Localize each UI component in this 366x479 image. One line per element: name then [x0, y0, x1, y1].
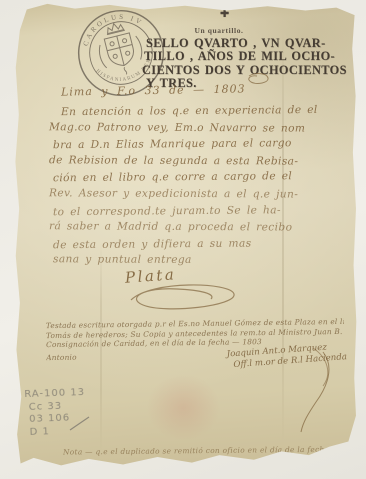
manuscript-body-line: rá saber a Madrid q.a proceda el recibo [49, 218, 337, 236]
signature-plata: Plata [124, 265, 176, 287]
manuscript-body-line: sana y puntual entrega [49, 252, 337, 270]
manuscript-date-line: Lima y F.o 33 de — 1803 [61, 82, 246, 98]
cross-mark: ✚ [220, 7, 229, 20]
paper-sheet: ✚ Un quartillo. CAROLUS IV HISPANIARUM R… [13, 2, 357, 472]
printed-seal-line: TILLO , AÑOS DE MIL OCHO- [144, 50, 349, 63]
printed-seal-line: SELLO QVARTO , VN QVAR- [146, 37, 351, 50]
pencil-mark-line: D 1 [25, 425, 86, 440]
signature-rubric-flourish [131, 285, 234, 309]
printed-seal-line: CIENTOS DOS Y OCHOCIENTOS [142, 64, 347, 77]
archive-pencil-marks: RA-100 13 Cc 33 03 106 D 1 [24, 387, 86, 439]
bottom-annotation: Nota — q.e el duplicado se remitió con o… [63, 444, 355, 456]
historical-document-scan: ✚ Un quartillo. CAROLUS IV HISPANIARUM R… [0, 0, 366, 479]
manuscript-body: En atención a los q.e en experiencia de … [53, 103, 341, 269]
manuscript-body-line: bra a D.n Elias Manrique para el cargo [53, 135, 341, 154]
manuscript-body-line: ción en el libro q.e corre a cargo de el [53, 168, 341, 187]
pencil-mark-line: RA-100 13 [24, 387, 85, 402]
red-ink-smudge [131, 360, 236, 455]
printed-seal-text: SELLO QVARTO , VN QVAR- TILLO , AÑOS DE … [146, 37, 351, 90]
manuscript-body-line: Rev. Asesor y expedicionista a el q.e ju… [49, 185, 337, 203]
tax-overprint: Un quartillo. [179, 26, 259, 35]
manuscript-body-line: En atención a los q.e en experiencia de … [53, 102, 341, 121]
